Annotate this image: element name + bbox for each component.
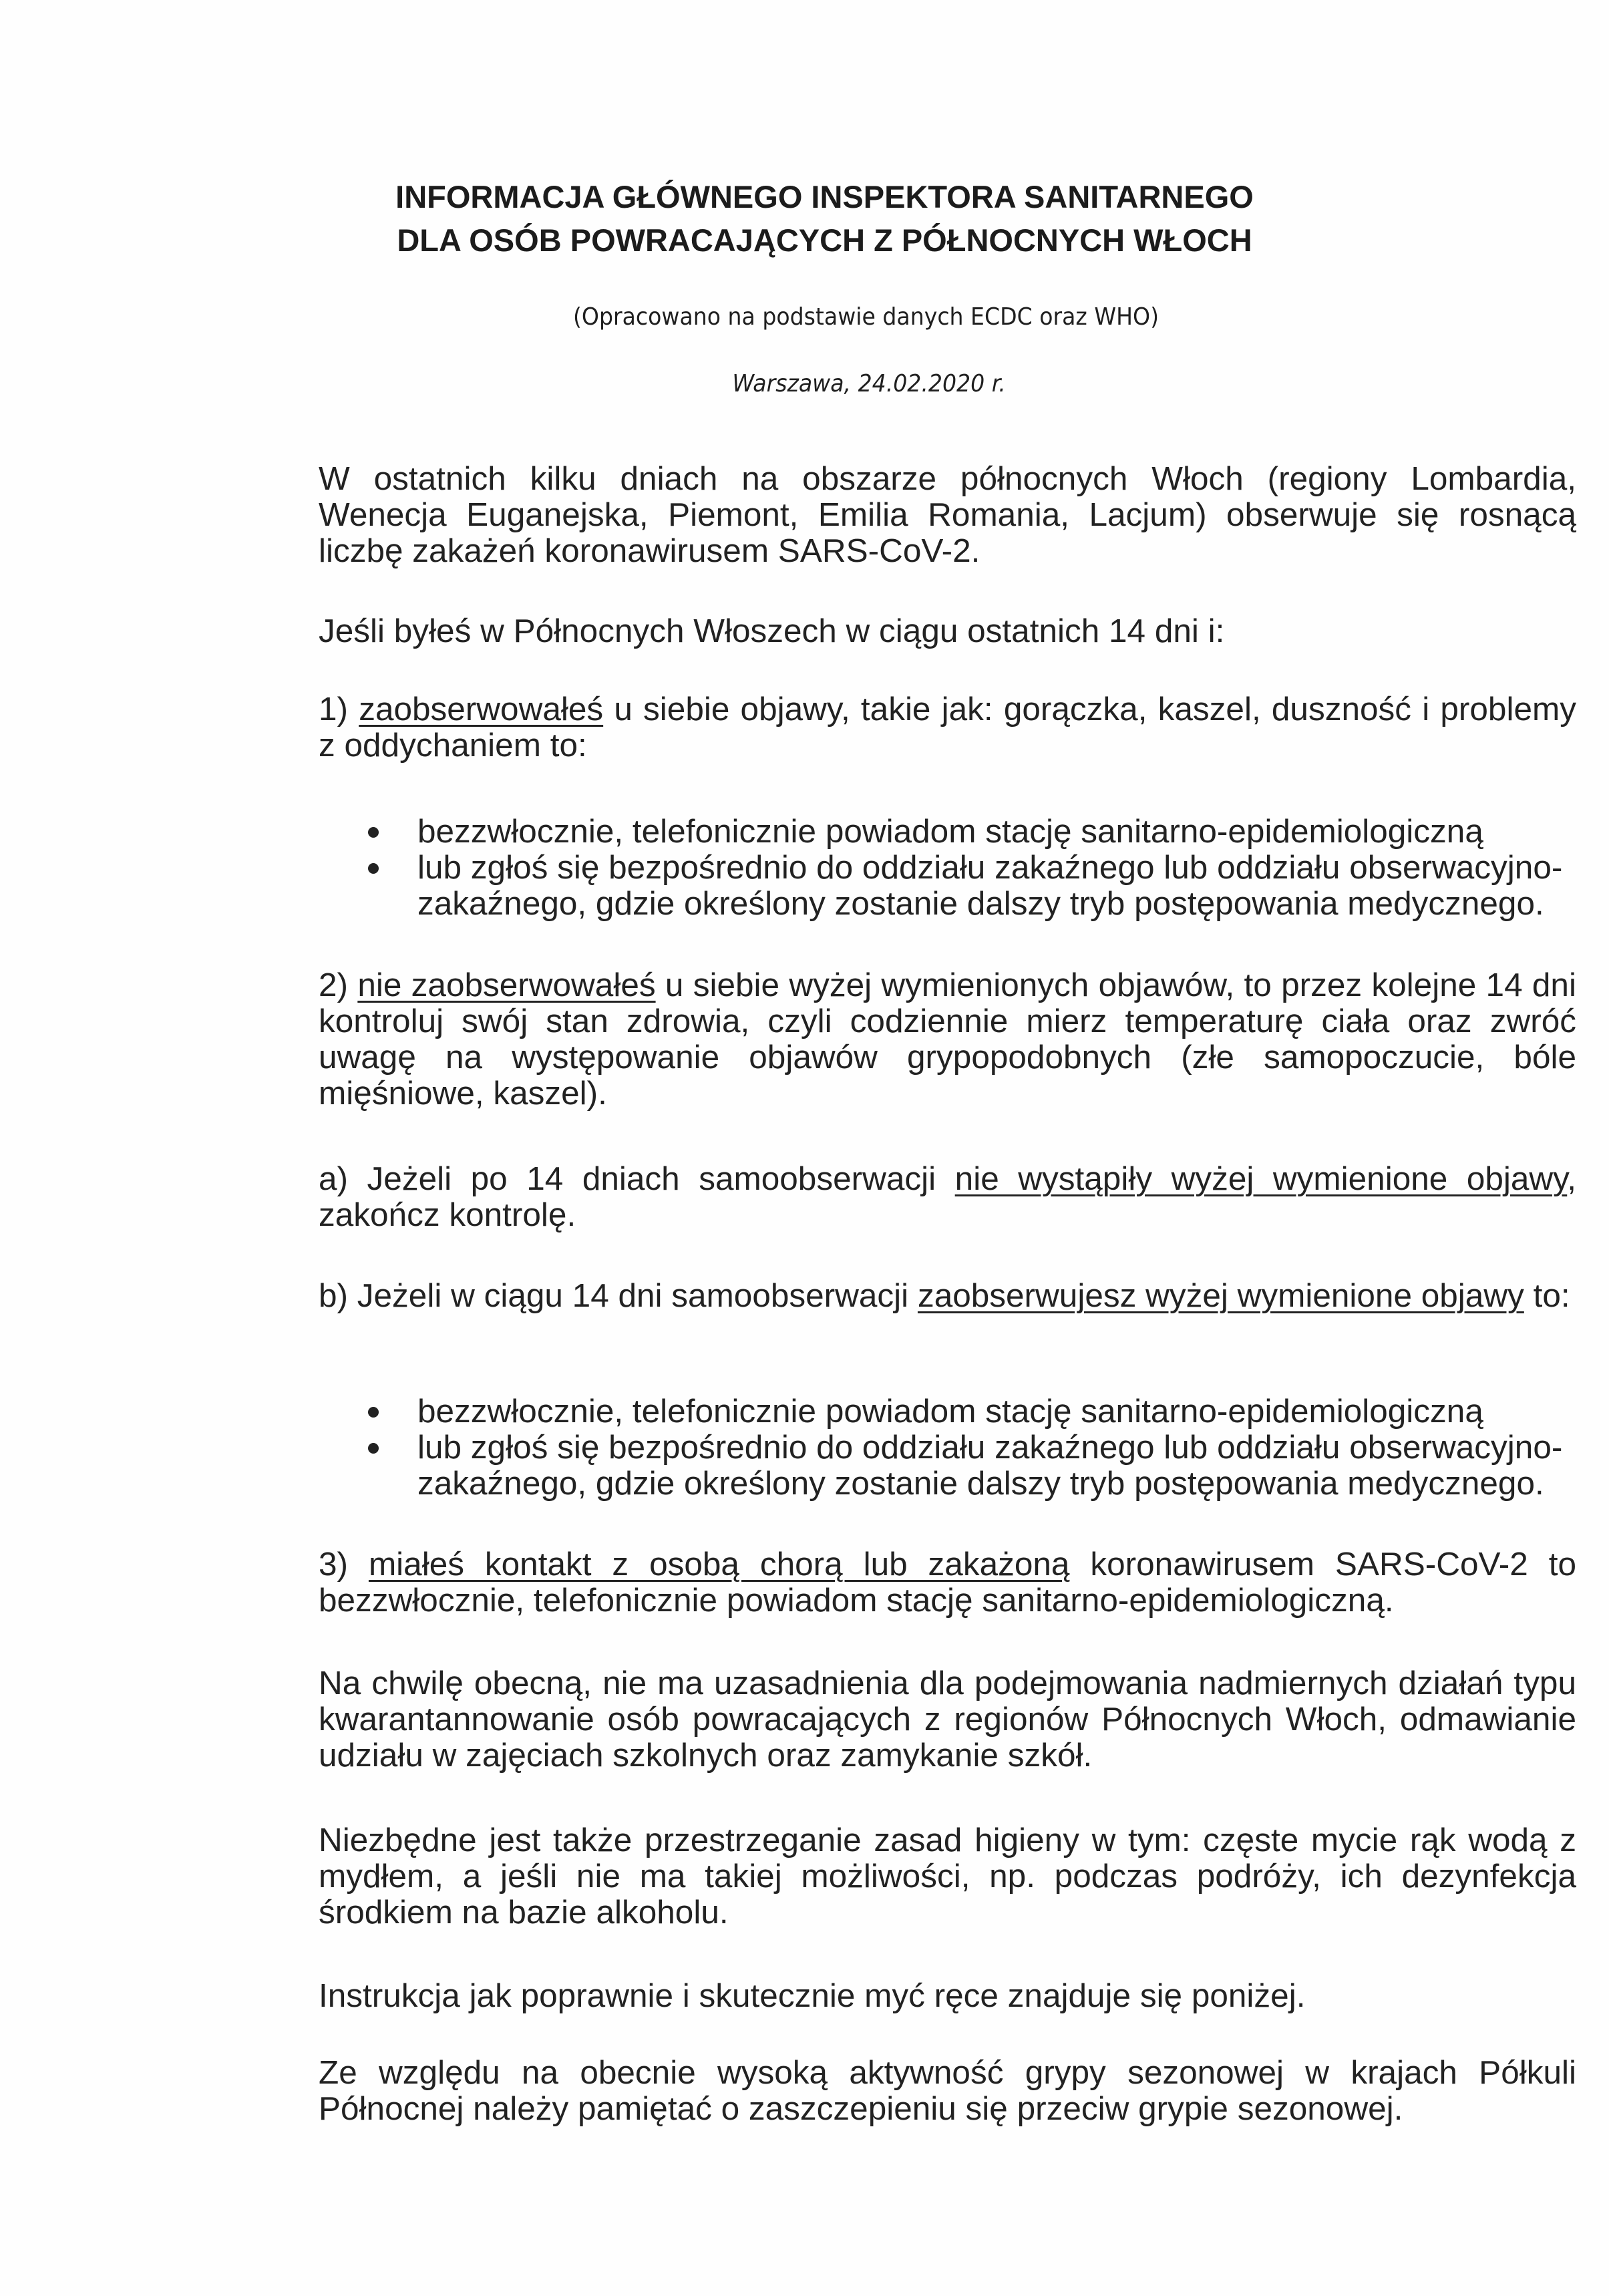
title-line-2: DLA OSÓB POWRACAJĄCYCH Z PÓŁNOCNYCH WŁOC…: [40, 218, 1609, 262]
document-title: INFORMACJA GŁÓWNEGO INSPEKTORA SANITARNE…: [0, 175, 1609, 262]
handwash-note: Instrukcja jak poprawnie i skutecznie my…: [319, 1978, 1576, 2014]
document-page: INFORMACJA GŁÓWNEGO INSPEKTORA SANITARNE…: [0, 0, 1609, 2296]
case-3-number: 3): [319, 1546, 348, 1583]
bullet-icon: [368, 1407, 379, 1418]
document-date: Warszawa, 24.02.2020 r.: [64, 367, 1544, 401]
title-line-1: INFORMACJA GŁÓWNEGO INSPEKTORA SANITARNE…: [40, 175, 1609, 218]
list-item: lub zgłoś się bezpośrednio do oddziału z…: [319, 1430, 1576, 1502]
case-2b-prefix: b) Jeżeli w ciągu 14 dni samoobserwacji: [319, 1277, 908, 1314]
case-2-paragraph: 2) nie zaobserwowałeś u siebie wyżej wym…: [319, 967, 1576, 1112]
case-2b-bullet-list: bezzwłocznie, telefonicznie powiadom sta…: [319, 1393, 1576, 1502]
case-1-bullet-list: bezzwłocznie, telefonicznie powiadom sta…: [319, 814, 1576, 922]
case-1-paragraph: 1) zaobserwowałeś u siebie objawy, takie…: [319, 691, 1576, 764]
case-1-underlined: zaobserwowałeś: [359, 691, 603, 727]
bullet-icon: [368, 827, 379, 838]
bullet-icon: [368, 1443, 379, 1454]
intro-paragraph: W ostatnich kilku dniach na obszarze pół…: [319, 461, 1576, 569]
case-2-underlined: nie zaobserwowałeś: [357, 967, 655, 1003]
case-2b-paragraph: b) Jeżeli w ciągu 14 dni samoobserwacji …: [319, 1278, 1576, 1314]
condition-lead: Jeśli byłeś w Północnych Włoszech w ciąg…: [319, 613, 1576, 649]
list-item: lub zgłoś się bezpośrednio do oddziału z…: [319, 850, 1576, 922]
case-2a-prefix: a) Jeżeli po 14 dniach samoobserwacji: [319, 1160, 936, 1197]
bullet-icon: [368, 863, 379, 874]
list-item: bezzwłocznie, telefonicznie powiadom sta…: [319, 814, 1576, 850]
hygiene-paragraph: Niezbędne jest także przestrzeganie zasa…: [319, 1822, 1576, 1931]
case-1-number: 1): [319, 691, 348, 727]
case-3-underlined: miałeś kontakt z osobą chorą lub zakażon…: [369, 1546, 1070, 1583]
list-item: bezzwłocznie, telefonicznie powiadom sta…: [319, 1393, 1576, 1430]
case-2a-paragraph: a) Jeżeli po 14 dniach samoobserwacji ni…: [319, 1161, 1576, 1233]
case-2-number: 2): [319, 967, 348, 1003]
case-2a-underlined: nie wystąpiły wyżej wymienione objawy: [955, 1160, 1568, 1197]
flu-vaccination-paragraph: Ze względu na obecnie wysoką aktywność g…: [319, 2055, 1576, 2127]
no-quarantine-paragraph: Na chwilę obecną, nie ma uzasadnienia dl…: [319, 1665, 1576, 1774]
case-2b-text: to:: [1534, 1277, 1570, 1314]
case-2b-underlined: zaobserwujesz wyżej wymienione objawy: [918, 1277, 1524, 1314]
case-3-paragraph: 3) miałeś kontakt z osobą chorą lub zaka…: [319, 1546, 1576, 1619]
document-subtitle: (Opracowano na podstawie danych ECDC ora…: [64, 301, 1544, 334]
